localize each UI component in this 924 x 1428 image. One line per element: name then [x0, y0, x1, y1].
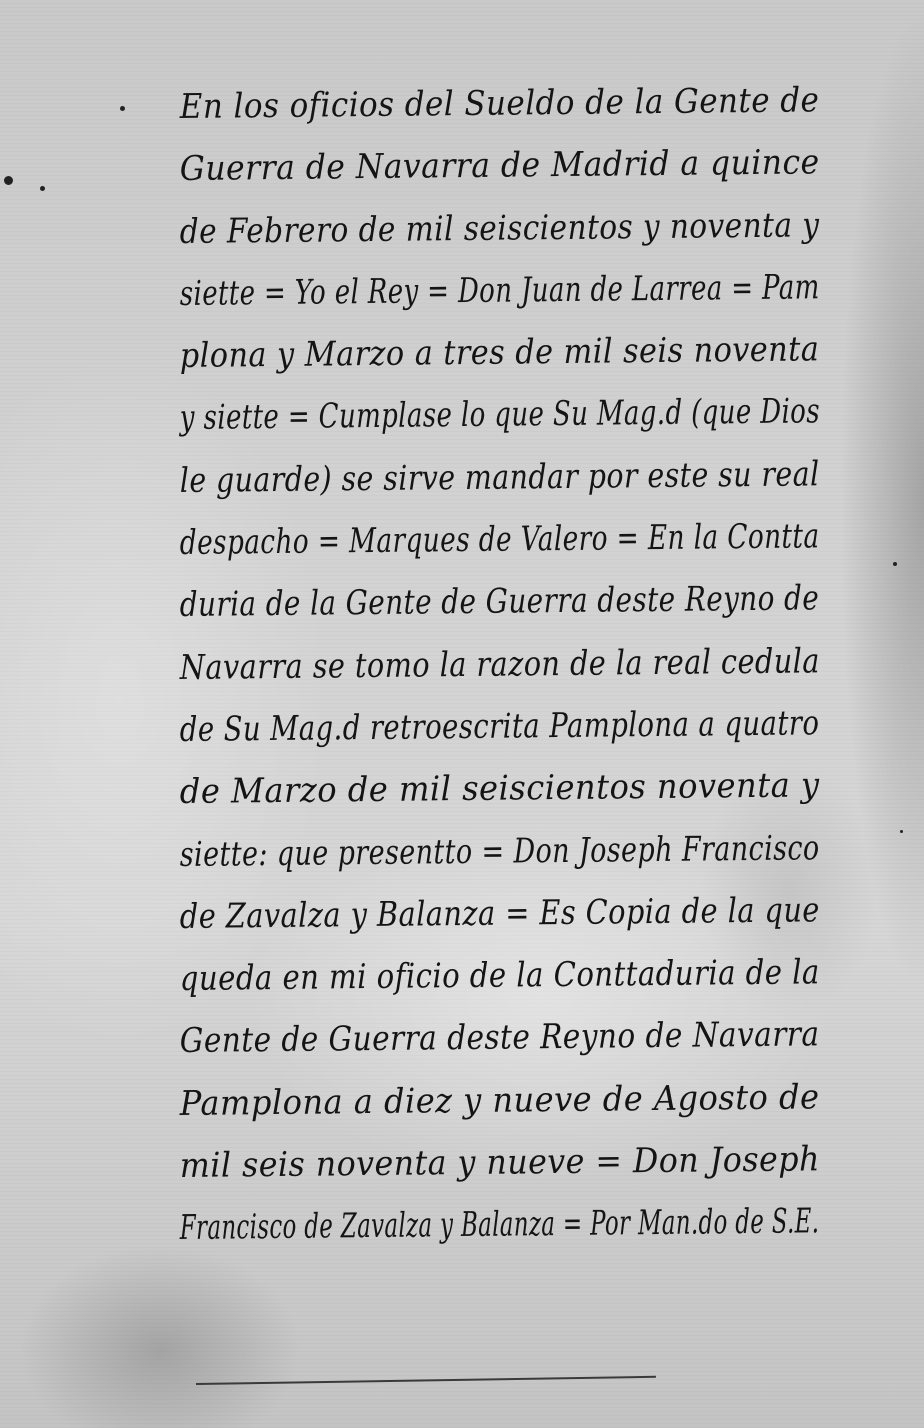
manuscript-line: En los oficios del Sueldo de la Gente de	[179, 55, 860, 124]
manuscript-line: de Marzo de mil seiscientos noventa y	[179, 740, 860, 809]
manuscript-line: le guarde) se sirve mandar por este su r…	[179, 429, 860, 498]
ink-blot	[120, 106, 125, 111]
manuscript-line: y siette = Cumplase lo que Su Mag.d (que…	[179, 366, 860, 435]
manuscript-line: siette: que presentto = Don Joseph Franc…	[179, 802, 860, 871]
manuscript-line: Francisco de Zavalza y Balanza = Por Man…	[179, 1176, 860, 1245]
ink-blot	[893, 562, 897, 566]
manuscript-line: plona y Marzo a tres de mil seis noventa	[179, 304, 860, 373]
manuscript-line: de Su Mag.d retroescrita Pamplona a quat…	[179, 678, 860, 747]
manuscript-line: Navarra se tomo la razon de la real cedu…	[179, 616, 860, 685]
manuscript-text: En los oficios del Sueldo de la Gente de…	[180, 62, 860, 1246]
ink-blot	[4, 176, 13, 185]
manuscript-line: Pamplona a diez y nueve de Agosto de	[179, 1052, 860, 1121]
manuscript-line: despacho = Marques de Valero = En la Con…	[179, 491, 860, 560]
ink-blot	[900, 830, 903, 833]
manuscript-line: duria de la Gente de Guerra deste Reyno …	[179, 553, 860, 622]
closing-rule-line	[196, 1376, 656, 1385]
manuscript-line: Gente de Guerra deste Reyno de Navarra	[179, 989, 860, 1058]
ink-blot	[40, 186, 45, 191]
manuscript-line: mil seis noventa y nueve = Don Joseph	[179, 1114, 860, 1183]
line-text: Francisco de Zavalza y Balanza = Por Man…	[180, 1205, 820, 1246]
manuscript-page: En los oficios del Sueldo de la Gente de…	[0, 0, 924, 1428]
manuscript-line: Guerra de Navarra de Madrid a quince	[179, 117, 860, 186]
manuscript-line: queda en mi oficio de la Conttaduria de …	[179, 927, 860, 996]
manuscript-line: de Febrero de mil seiscientos y noventa …	[179, 179, 860, 248]
manuscript-line: de Zavalza y Balanza = Es Copia de la qu…	[179, 865, 860, 934]
manuscript-line: siette = Yo el Rey = Don Juan de Larrea …	[179, 242, 860, 311]
